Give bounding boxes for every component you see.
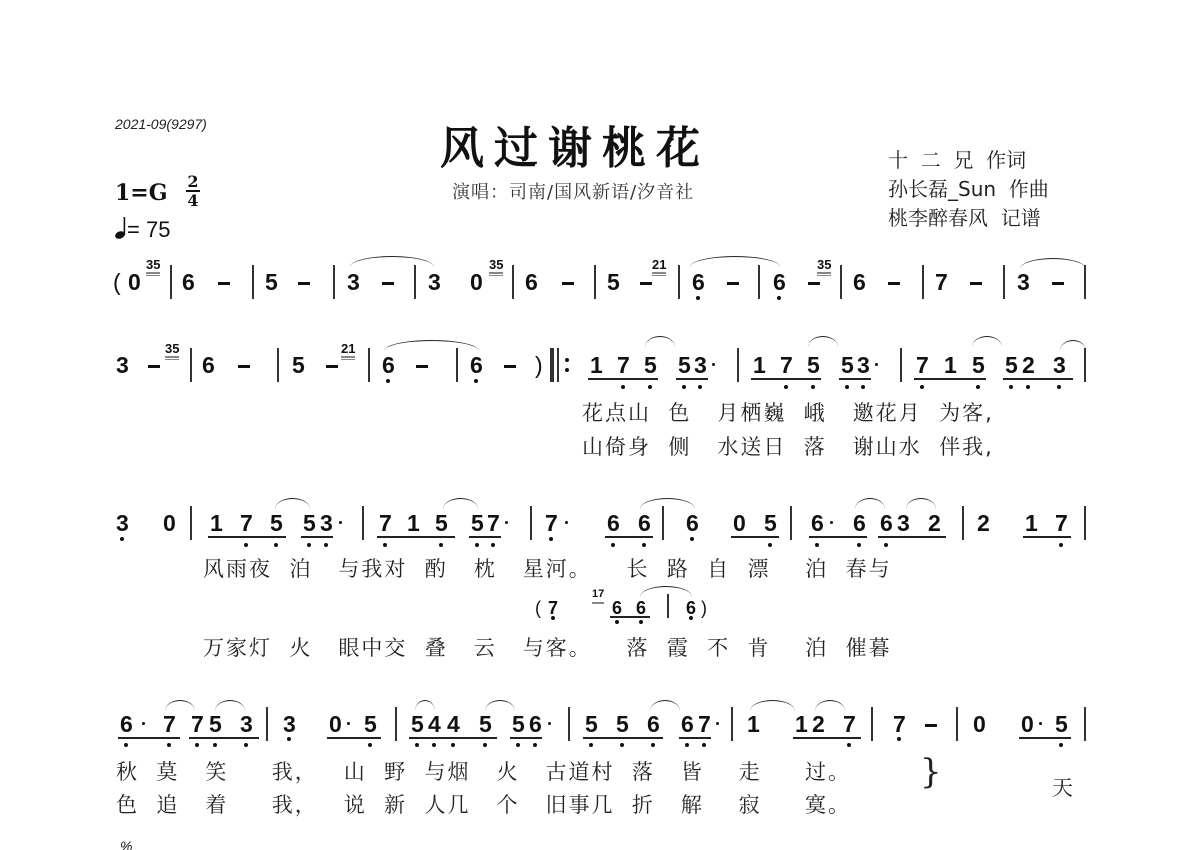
slur-arc — [215, 700, 245, 711]
barline — [731, 707, 733, 741]
octave-dot — [847, 743, 851, 747]
note-1: 1 — [1025, 511, 1038, 535]
note-0: 0 — [733, 511, 746, 535]
barline — [414, 265, 416, 299]
note-5: 5 — [678, 353, 691, 377]
octave-dot — [682, 385, 686, 389]
slur-arc — [443, 498, 478, 509]
slur-arc — [165, 700, 195, 711]
note-7: 7 — [698, 712, 711, 736]
augmentation-dot — [548, 722, 551, 725]
repeat-barline-thick — [550, 348, 554, 382]
octave-dot — [533, 743, 537, 747]
beam-underline — [189, 737, 259, 739]
barline — [1084, 506, 1086, 540]
slur-arc — [808, 336, 838, 347]
sustain-dash — [218, 282, 230, 285]
note-5: 5 — [479, 712, 492, 736]
barline — [1084, 707, 1086, 741]
beam-underline — [679, 737, 711, 739]
sustain-dash — [970, 282, 982, 285]
barline — [871, 707, 873, 741]
paren: ) — [701, 596, 707, 620]
beam-underline — [1019, 737, 1071, 739]
note-5: 5 — [364, 712, 377, 736]
grace-note-35: 35 — [146, 258, 160, 276]
note-6: 6 — [638, 511, 651, 535]
note-5: 5 — [411, 712, 424, 736]
octave-dot — [1059, 743, 1063, 747]
note-7: 7 — [545, 511, 558, 535]
beam-underline — [118, 737, 180, 739]
beam-underline — [409, 737, 497, 739]
augmentation-dot — [339, 521, 342, 524]
lyrics-side-word: 天 — [1052, 772, 1075, 802]
note-5: 5 — [303, 511, 316, 535]
octave-dot — [648, 385, 652, 389]
beam-underline — [914, 378, 986, 380]
octave-dot — [451, 743, 455, 747]
octave-dot — [815, 543, 819, 547]
slur-arc — [690, 256, 780, 267]
octave-dot — [611, 543, 615, 547]
octave-dot — [244, 543, 248, 547]
note-4: 4 — [447, 712, 460, 736]
note-6: 6 — [525, 270, 538, 294]
augmentation-dot — [875, 363, 878, 366]
slur-arc — [855, 498, 885, 509]
note-7: 7 — [617, 353, 630, 377]
sustain-dash — [326, 365, 338, 368]
grace-note-21: 21 — [652, 258, 666, 276]
sustain-dash — [504, 365, 516, 368]
note-0: 0 — [163, 511, 176, 535]
beam-underline — [469, 536, 501, 538]
barline — [962, 506, 964, 540]
barline — [956, 707, 958, 741]
note-5: 5 — [764, 511, 777, 535]
octave-dot — [1059, 543, 1063, 547]
beam-underline — [839, 378, 871, 380]
composer-credit: 孙长磊_Sun 作曲 — [888, 175, 1049, 204]
slur-arc — [1020, 258, 1086, 269]
barline — [512, 265, 514, 299]
note-5: 5 — [616, 712, 629, 736]
paren: ( — [113, 270, 121, 294]
beam-underline — [583, 737, 663, 739]
octave-dot — [244, 743, 248, 747]
note-3: 3 — [1017, 270, 1030, 294]
note-3: 3 — [320, 511, 333, 535]
brace-mark: } — [920, 752, 942, 792]
octave-dot — [702, 743, 706, 747]
beam-underline — [605, 536, 653, 538]
augmentation-dot — [505, 521, 508, 524]
octave-dot — [976, 385, 980, 389]
note-0: 0 — [128, 270, 141, 294]
octave-dot — [516, 743, 520, 747]
barline — [594, 265, 596, 299]
octave-dot — [551, 616, 555, 620]
barline — [790, 506, 792, 540]
sustain-dash — [238, 365, 250, 368]
note-5: 5 — [265, 270, 278, 294]
slur-arc — [815, 700, 845, 711]
note-5: 5 — [209, 712, 222, 736]
barline — [737, 348, 739, 382]
octave-dot — [857, 543, 861, 547]
note-0: 0 — [973, 712, 986, 736]
beam-underline — [208, 536, 286, 538]
repeat-dot — [565, 358, 569, 362]
octave-dot — [439, 543, 443, 547]
slur-arc — [384, 340, 479, 351]
beam-underline — [731, 536, 779, 538]
beam-underline — [327, 737, 381, 739]
octave-dot — [383, 543, 387, 547]
note-2: 2 — [977, 511, 990, 535]
sustain-dash — [925, 724, 937, 727]
time-signature: 2 4 — [186, 174, 200, 208]
augmentation-dot — [712, 363, 715, 366]
slur-arc — [750, 700, 795, 711]
octave-dot — [368, 743, 372, 747]
sustain-dash — [1052, 282, 1064, 285]
note-6: 6 — [692, 270, 705, 294]
augmentation-dot — [142, 722, 145, 725]
octave-dot — [213, 743, 217, 747]
barline — [333, 265, 335, 299]
note-7: 7 — [916, 353, 929, 377]
note-5: 5 — [1055, 712, 1068, 736]
note-6: 6 — [853, 511, 866, 535]
octave-dot — [1057, 385, 1061, 389]
slur-arc — [650, 700, 680, 711]
note-5: 5 — [607, 270, 620, 294]
note-5: 5 — [292, 353, 305, 377]
beam-underline — [793, 737, 861, 739]
note-3: 3 — [116, 511, 129, 535]
barline — [266, 707, 268, 741]
augmentation-dot — [830, 521, 833, 524]
barline — [840, 265, 842, 299]
note-5: 5 — [512, 712, 525, 736]
barline — [362, 506, 364, 540]
barline — [190, 348, 192, 382]
sustain-dash — [888, 282, 900, 285]
note-6: 6 — [686, 511, 699, 535]
note-7: 7 — [240, 511, 253, 535]
slur-arc — [906, 498, 936, 509]
barline — [190, 506, 192, 540]
note-3: 3 — [694, 353, 707, 377]
octave-dot — [811, 385, 815, 389]
note-6: 6 — [681, 712, 694, 736]
note-6: 6 — [773, 270, 786, 294]
lyrics-verse-1: 风雨夜 泊 与我对 酌 枕 星河。 长 路 自 漂 泊 春与 — [203, 553, 892, 583]
octave-dot — [287, 737, 291, 741]
paren: ( — [535, 596, 541, 620]
note-7: 7 — [935, 270, 948, 294]
note-1: 1 — [407, 511, 420, 535]
octave-dot — [195, 743, 199, 747]
note-3: 3 — [1053, 353, 1066, 377]
slur-arc — [640, 586, 692, 597]
note-6: 6 — [811, 511, 824, 535]
octave-dot — [167, 743, 171, 747]
barline — [758, 265, 760, 299]
note-6: 6 — [647, 712, 660, 736]
barline — [1084, 348, 1086, 382]
note-3: 3 — [240, 712, 253, 736]
credits-block: 十 二 兄 作词 孙长磊_Sun 作曲 桃李醉春风 记谱 — [888, 146, 1049, 233]
barline — [922, 265, 924, 299]
grace-note-17: 17 — [592, 588, 604, 604]
beam-underline — [1023, 536, 1071, 538]
beam-underline — [588, 378, 658, 380]
note-3: 3 — [283, 712, 296, 736]
note-2: 2 — [1022, 353, 1035, 377]
note-6: 6 — [529, 712, 542, 736]
note-0: 0 — [1021, 712, 1034, 736]
octave-dot — [491, 543, 495, 547]
slur-arc — [972, 336, 1002, 347]
octave-dot — [589, 743, 593, 747]
note-2: 2 — [928, 511, 941, 535]
octave-dot — [777, 296, 781, 300]
beam-underline — [610, 616, 650, 618]
octave-dot — [324, 543, 328, 547]
note-1: 1 — [795, 712, 808, 736]
slur-arc — [485, 700, 515, 711]
octave-dot — [768, 543, 772, 547]
slur-arc — [1060, 340, 1086, 351]
grace-note-21: 21 — [341, 342, 355, 360]
grace-note-35: 35 — [489, 258, 503, 276]
note-5: 5 — [471, 511, 484, 535]
octave-dot — [845, 385, 849, 389]
octave-dot — [696, 296, 700, 300]
note-6: 6 — [120, 712, 133, 736]
octave-dot — [784, 385, 788, 389]
grace-note-35: 35 — [165, 342, 179, 360]
augmentation-dot — [347, 722, 350, 725]
note-1: 1 — [753, 353, 766, 377]
note-5: 5 — [270, 511, 283, 535]
octave-dot — [1026, 385, 1030, 389]
paren: ) — [535, 353, 543, 377]
octave-dot — [615, 620, 619, 624]
note-0: 0 — [329, 712, 342, 736]
octave-dot — [642, 543, 646, 547]
note-6: 6 — [880, 511, 893, 535]
serial-number: 2021-09(9297) — [115, 116, 207, 132]
octave-dot — [621, 385, 625, 389]
sustain-dash — [808, 282, 820, 285]
note-7: 7 — [163, 712, 176, 736]
sustain-dash — [148, 365, 160, 368]
beam-underline — [676, 378, 708, 380]
barline — [662, 506, 664, 540]
octave-dot — [274, 543, 278, 547]
octave-dot — [549, 537, 553, 541]
octave-dot — [689, 616, 693, 620]
note-6: 6 — [853, 270, 866, 294]
octave-dot — [120, 537, 124, 541]
octave-dot — [432, 743, 436, 747]
beam-underline — [301, 536, 333, 538]
note-5: 5 — [841, 353, 854, 377]
note-7: 7 — [191, 712, 204, 736]
octave-dot — [620, 743, 624, 747]
lyrics-verse-2: 色 追 着 我， 说 新 人几 个 旧事几 折 解 寂 寞。 — [116, 789, 851, 819]
octave-dot — [415, 743, 419, 747]
time-signature-top: 2 — [187, 172, 198, 191]
note-6: 6 — [382, 353, 395, 377]
repeat-dot — [565, 368, 569, 372]
barline — [277, 348, 279, 382]
sustain-dash — [298, 282, 310, 285]
octave-dot — [651, 743, 655, 747]
slur-arc — [645, 336, 675, 347]
note-3: 3 — [857, 353, 870, 377]
lyrics-verse-1: 秋 莫 笑 我， 山 野 与烟 火 古道村 落 皆 走 过。 — [116, 756, 851, 786]
barline — [530, 506, 532, 540]
octave-dot — [698, 385, 702, 389]
note-7: 7 — [893, 712, 906, 736]
octave-dot — [685, 743, 689, 747]
sustain-dash — [382, 282, 394, 285]
grace-note-35: 35 — [817, 258, 831, 276]
note-5: 5 — [1005, 353, 1018, 377]
tempo-value: = 75 — [127, 217, 170, 242]
beam-underline — [751, 378, 821, 380]
note-5: 5 — [807, 353, 820, 377]
beam-underline — [809, 536, 867, 538]
octave-dot — [307, 543, 311, 547]
note-1: 1 — [210, 511, 223, 535]
note-5: 5 — [585, 712, 598, 736]
note-6: 6 — [607, 511, 620, 535]
beam-underline — [510, 737, 542, 739]
singer-credit: 演唱：司南/国风新语/汐音社 — [452, 178, 694, 204]
octave-dot — [884, 543, 888, 547]
lyrics-verse-2: 万家灯 火 眼中交 叠 云 与客。 落 霞 不 肯 泊 催暮 — [203, 632, 892, 662]
time-signature-bottom: 4 — [187, 191, 198, 210]
octave-dot — [1009, 385, 1013, 389]
note-3: 3 — [897, 511, 910, 535]
barline — [678, 265, 680, 299]
octave-dot — [475, 543, 479, 547]
note-4: 4 — [428, 712, 441, 736]
note-7: 7 — [1055, 511, 1068, 535]
note-5: 5 — [972, 353, 985, 377]
note-5: 5 — [435, 511, 448, 535]
barline — [456, 348, 458, 382]
octave-dot — [897, 737, 901, 741]
note-7: 7 — [379, 511, 392, 535]
octave-dot — [690, 537, 694, 541]
slur-arc — [415, 700, 435, 711]
note-1: 1 — [944, 353, 957, 377]
barline — [667, 594, 669, 618]
sustain-dash — [640, 282, 652, 285]
note-3: 3 — [428, 270, 441, 294]
sustain-dash — [727, 282, 739, 285]
slur-arc — [350, 256, 434, 267]
barline — [1084, 265, 1086, 299]
lyrics-verse-2: 山倚身 侧 水送日 落 谢山水 伴我, — [582, 431, 994, 461]
note-3: 3 — [116, 353, 129, 377]
song-title: 风过谢桃花 — [440, 112, 710, 176]
segno-mark: % — [120, 838, 132, 850]
lyrics-verse-1: 花点山 色 月栖巍 峨 邀花月 为客, — [582, 397, 994, 427]
beam-underline — [1003, 378, 1073, 380]
transcriber-credit: 桃李醉春风 记谱 — [888, 204, 1049, 233]
note-0: 0 — [470, 270, 483, 294]
slur-arc — [275, 498, 310, 509]
augmentation-dot — [716, 722, 719, 725]
note-5: 5 — [644, 353, 657, 377]
barline — [395, 707, 397, 741]
note-6: 6 — [182, 270, 195, 294]
key-signature: 1=G — [115, 180, 168, 206]
barline — [368, 348, 370, 382]
quarter-note-icon — [115, 216, 127, 238]
barline — [900, 348, 902, 382]
octave-dot — [920, 385, 924, 389]
note-7: 7 — [843, 712, 856, 736]
sustain-dash — [416, 365, 428, 368]
note-1: 1 — [590, 353, 603, 377]
barline — [252, 265, 254, 299]
beam-underline — [878, 536, 946, 538]
octave-dot — [483, 743, 487, 747]
octave-dot — [474, 379, 478, 383]
barline — [568, 707, 570, 741]
octave-dot — [639, 620, 643, 624]
note-1: 1 — [747, 712, 760, 736]
barline — [170, 265, 172, 299]
lyricist-credit: 十 二 兄 作词 — [888, 146, 1049, 175]
octave-dot — [861, 385, 865, 389]
beam-underline — [377, 536, 455, 538]
note-3: 3 — [347, 270, 360, 294]
sustain-dash — [562, 282, 574, 285]
tempo-marking: = 75 — [115, 216, 170, 243]
augmentation-dot — [1039, 722, 1042, 725]
note-2: 2 — [812, 712, 825, 736]
slur-arc — [640, 498, 695, 509]
note-6: 6 — [470, 353, 483, 377]
note-7: 7 — [780, 353, 793, 377]
note-6: 6 — [202, 353, 215, 377]
octave-dot — [124, 743, 128, 747]
repeat-barline-thin — [557, 348, 559, 382]
note-7: 7 — [487, 511, 500, 535]
barline — [1003, 265, 1005, 299]
augmentation-dot — [565, 521, 568, 524]
octave-dot — [386, 379, 390, 383]
